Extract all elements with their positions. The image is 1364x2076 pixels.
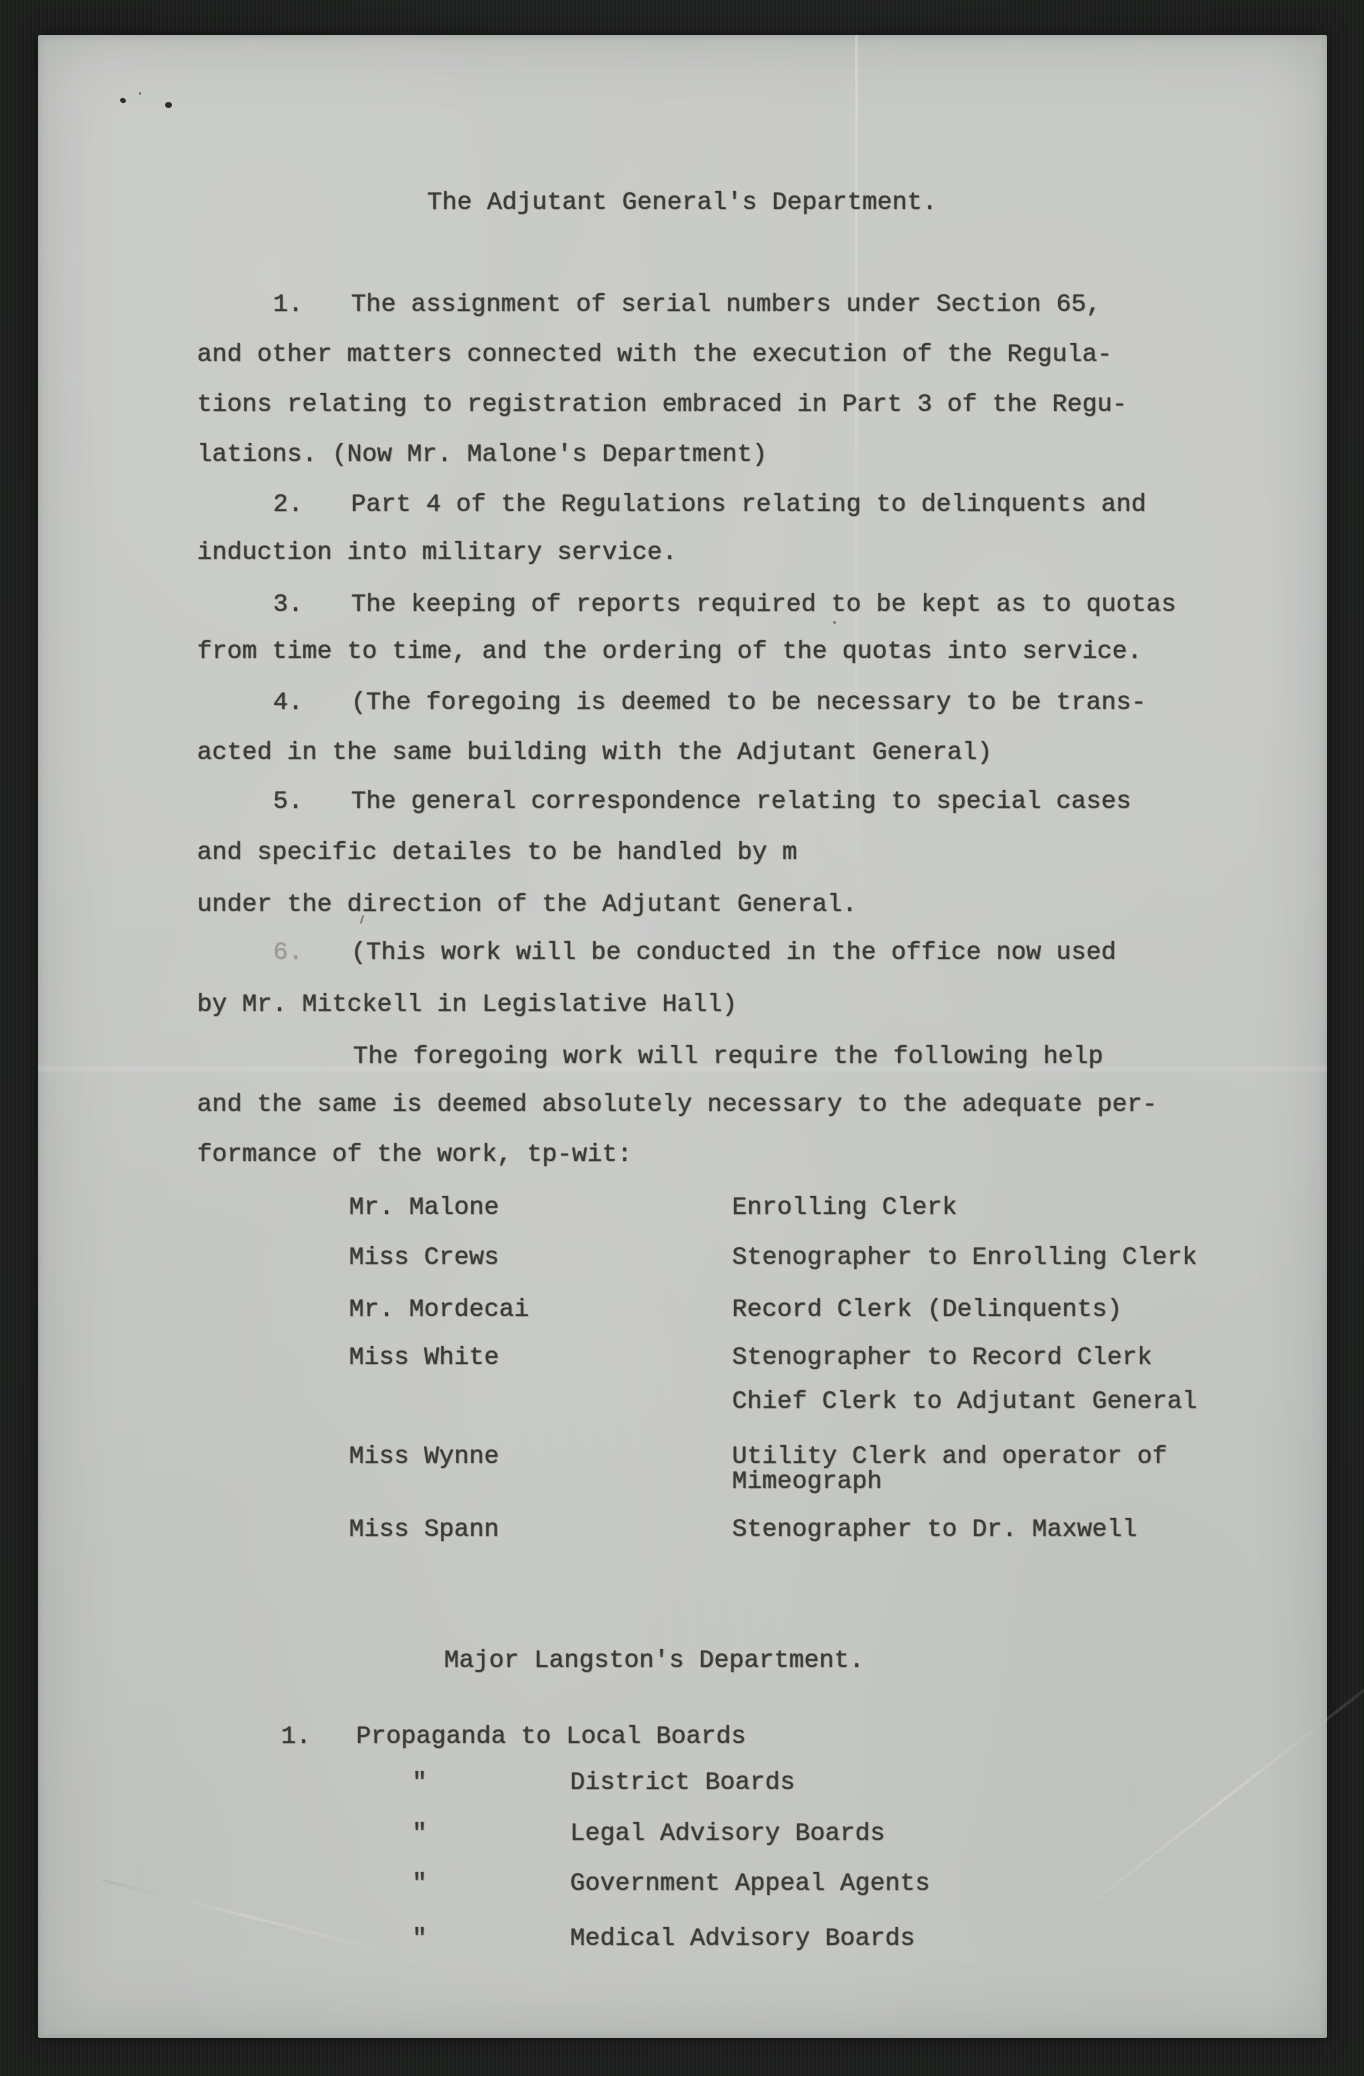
closing-line2: and the same is deemed absolutely necess… <box>197 1090 1157 1120</box>
ink-speck <box>165 102 172 108</box>
ink-speck <box>139 92 141 95</box>
paper-crease-diagonal-right <box>1062 1666 1364 1927</box>
staff-role: Enrolling Clerk <box>732 1193 957 1223</box>
item5-line1: The general correspondence relating to s… <box>351 787 1131 817</box>
item1-line3: tions relating to registration embraced … <box>197 390 1127 420</box>
section2-item1-number: 1. <box>281 1722 311 1752</box>
item1-number: 1. <box>273 290 303 320</box>
section2-heading: Major Langston's Department. <box>444 1646 864 1676</box>
ditto-mark: " <box>412 1869 427 1899</box>
item3-number: 3. <box>273 590 303 620</box>
closing-line3: formance of the work, tp-wit: <box>197 1140 632 1170</box>
staff-name: Miss White <box>349 1343 499 1373</box>
staff-name: Miss Spann <box>349 1515 499 1545</box>
item4-line2: acted in the same building with the Adju… <box>197 738 992 768</box>
section1-heading: The Adjutant General's Department. <box>427 188 937 218</box>
staff-role: Record Clerk (Delinquents) <box>732 1295 1122 1325</box>
item4-line1: (The foregoing is deemed to be necessary… <box>351 688 1146 718</box>
item3-line1: The keeping of reports required to be ke… <box>351 590 1176 620</box>
item1-line1: The assignment of serial numbers under S… <box>351 290 1101 320</box>
item5-line2: and specific detailes to be handled by m <box>197 838 797 868</box>
scan-backdrop: The Adjutant General's Department. 1. Th… <box>0 0 1364 2076</box>
paper-sheet: The Adjutant General's Department. 1. Th… <box>38 35 1327 2038</box>
staff-name: Miss Wynne <box>349 1442 499 1472</box>
staff-role: Stenographer to Record Clerk <box>732 1343 1152 1373</box>
item4-number: 4. <box>273 688 303 718</box>
item3-line2: from time to time, and the ordering of t… <box>197 637 1142 667</box>
staff-name: Miss Crews <box>349 1243 499 1273</box>
staff-name: Mr. Mordecai <box>349 1295 529 1325</box>
staff-role: Chief Clerk to Adjutant General <box>732 1387 1197 1417</box>
item6-line1: (This work will be conducted in the offi… <box>351 938 1116 968</box>
section2-subitem-text: Legal Advisory Boards <box>570 1819 885 1849</box>
item1-line2: and other matters connected with the exe… <box>197 340 1112 370</box>
item1-line4: lations. (Now Mr. Malone's Department) <box>197 440 767 470</box>
item6-number: 6. <box>273 938 303 968</box>
ink-speck <box>119 97 126 104</box>
item2-line1: Part 4 of the Regulations relating to de… <box>351 490 1146 520</box>
item5-line3: under the direction of the Adjutant Gene… <box>197 890 857 920</box>
item2-line2: induction into military service. <box>197 538 677 568</box>
item5-number: 5. <box>273 787 303 817</box>
ditto-mark: " <box>412 1768 427 1798</box>
ditto-mark: " <box>412 1924 427 1954</box>
section2-subitem-text: District Boards <box>570 1768 795 1798</box>
paper-crease-diagonal-left <box>102 1879 394 1954</box>
closing-line1: The foregoing work will require the foll… <box>353 1042 1103 1072</box>
section2-item1-text: Propaganda to Local Boards <box>356 1722 746 1752</box>
staff-role-line2: Mimeograph <box>732 1467 882 1497</box>
ink-speck <box>833 621 836 624</box>
section2-subitem-text: Government Appeal Agents <box>570 1869 930 1899</box>
staff-name: Mr. Malone <box>349 1193 499 1223</box>
item2-number: 2. <box>273 490 303 520</box>
item6-line2: by Mr. Mitckell in Legislative Hall) <box>197 990 737 1020</box>
ditto-mark: " <box>412 1819 427 1849</box>
staff-role: Stenographer to Dr. Maxwell <box>732 1515 1137 1545</box>
section2-subitem-text: Medical Advisory Boards <box>570 1924 915 1954</box>
staff-role: Stenographer to Enrolling Clerk <box>732 1243 1197 1273</box>
